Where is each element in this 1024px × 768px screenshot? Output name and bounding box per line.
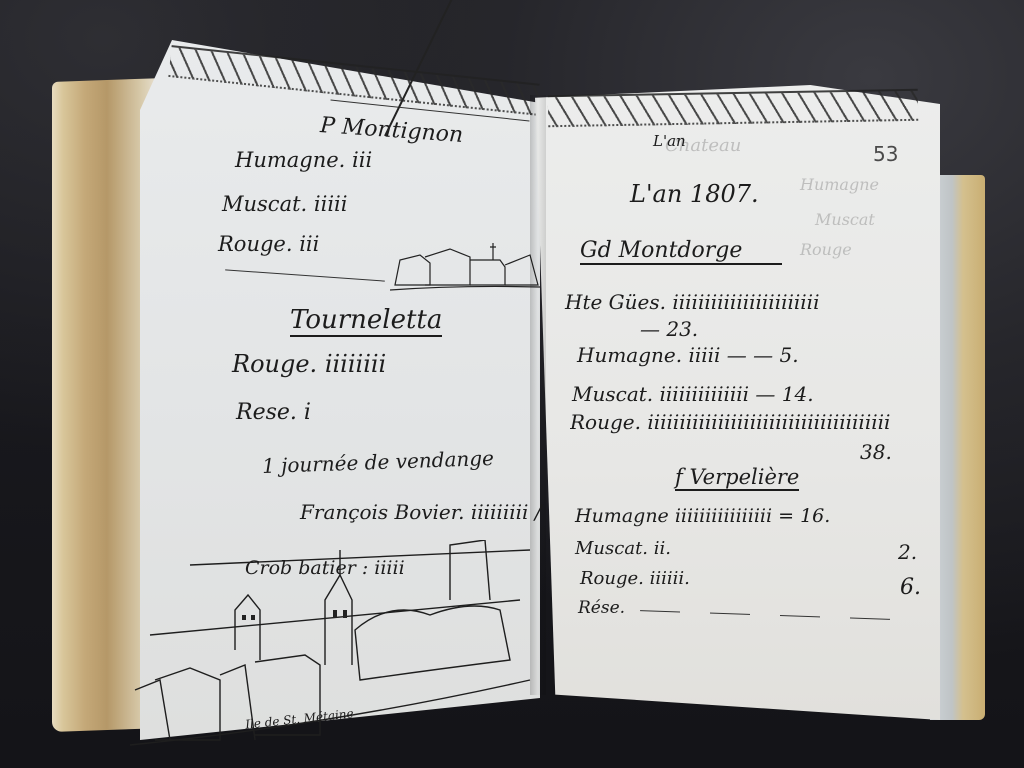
year-heading: L'an 1807. [630,180,759,208]
entry-label: Rouge. iiiiiiii [232,350,386,378]
bleed-through-text: Muscat [815,210,875,229]
entry-label: Rouge. iii [218,232,319,256]
ledger-row: Humagne. iiiii — — 5. [577,343,799,367]
bleed-through-text: Rouge [800,240,852,259]
entry-label: Humagne. iii [235,148,372,172]
place-heading-verpeliere: f Verpelière [675,465,799,491]
ledger-total: 38. [860,440,892,464]
place-heading-tourneletta: Tourneletta [290,305,442,337]
ledger-row: Rouge. iiiiiiiiiiiiiiiiiiiiiiiiiiiiiiiii… [570,410,925,434]
ledger-total: 6. [900,575,921,600]
header-faint: L'an [653,132,686,150]
entry-label: Rese. i [236,400,311,425]
ledger-row: Rése. [578,598,625,618]
ledger-row: Hte Gües. iiiiiiiiiiiiiiiiiiiiiii [565,290,819,314]
decorative-border-right [548,89,919,127]
book-gutter [530,95,546,695]
ledger-row: Humagne iiiiiiiiiiiiiiii = 16. [575,505,830,527]
ledger-total: 2. [898,540,917,564]
bleed-through-text: Humagne [800,175,879,194]
village-sketch [390,235,540,295]
ledger-row: Rouge. iiiiii. [580,568,690,589]
ledger-row: Muscat. iiiiiiiiiiiiii — 14. [572,382,814,406]
page-number: 53 [873,142,898,166]
entry-label: Muscat. iiiii [222,192,347,216]
ledger-total: — 23. [640,317,698,341]
ledger-row: Muscat. ii. [575,538,671,559]
place-heading-montdorge: Gd Montdorge [580,238,782,265]
